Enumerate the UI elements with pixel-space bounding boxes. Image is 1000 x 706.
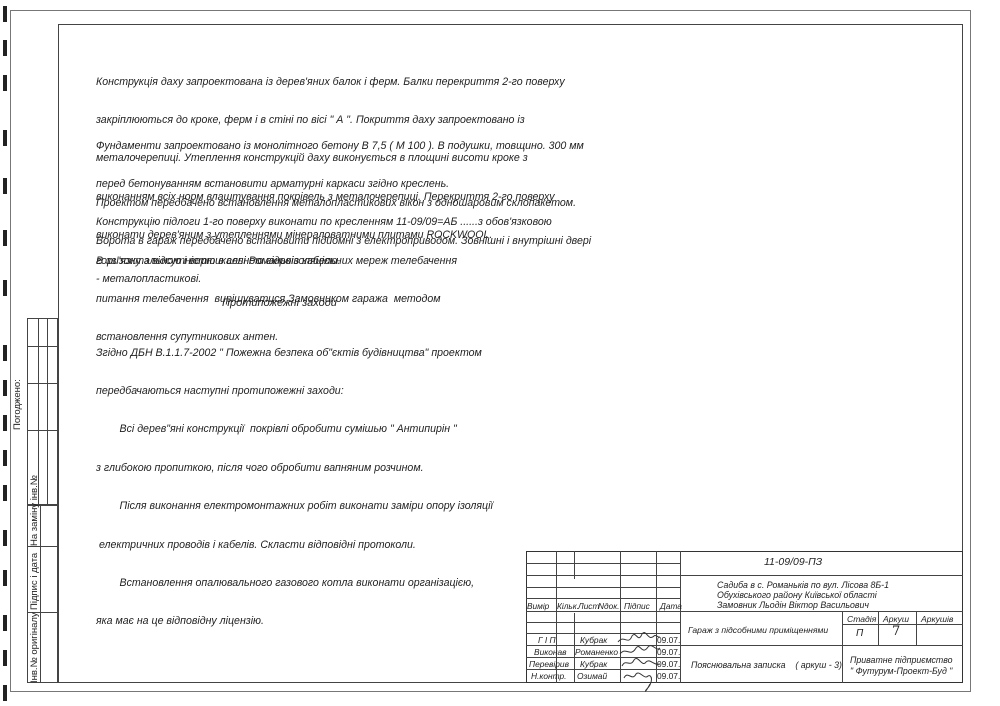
sheet-title: Пояснювальна записка ( аркуш - 3) xyxy=(691,660,842,670)
sheet-value: 7 xyxy=(892,624,900,639)
sheets-header: Аркушів xyxy=(921,614,953,624)
divider xyxy=(526,622,680,623)
binding-mark xyxy=(3,650,7,666)
staff-name: Кубрак xyxy=(580,659,607,669)
replacement-inventory-label: На заміну інв.№ xyxy=(29,475,40,546)
header-doc-number: Nдок. xyxy=(598,601,619,611)
document-code: 11-09/09-ПЗ xyxy=(764,556,822,568)
original-inventory-label: Інв.№ оригіналу xyxy=(29,612,40,683)
text-line: електричних проводів і кабелів. Скласти … xyxy=(96,539,493,552)
binding-mark xyxy=(3,380,7,396)
text-line: з глибокою пропиткою, після чого обробит… xyxy=(96,462,493,475)
binding-mark xyxy=(3,6,7,22)
staff-name: Озимай xyxy=(577,671,607,681)
staff-role: Перевірив xyxy=(529,659,569,669)
signature-date-label: Підпис і дата xyxy=(29,553,40,610)
divider xyxy=(526,575,680,576)
text-line: передбачаються наступні протипожежні зах… xyxy=(96,385,493,398)
binding-mark xyxy=(3,40,7,56)
text-line: Конструкція даху запроектована із дерев'… xyxy=(96,76,565,89)
binding-mark xyxy=(3,415,7,431)
staff-name: Кубрак xyxy=(580,635,607,645)
divider xyxy=(680,611,963,612)
binding-mark xyxy=(3,570,7,586)
divider xyxy=(916,611,917,645)
divider xyxy=(27,430,58,431)
paragraph-fire-measures: Згідно ДБН В.1.1.7-2002 " Пожежна безпек… xyxy=(96,321,493,641)
binding-mark xyxy=(3,230,7,246)
divider xyxy=(680,575,963,576)
divider xyxy=(526,611,680,612)
organization: Приватне підприємство " Футурум-Проект-Б… xyxy=(850,655,953,676)
project-line: Замовник Льодін Віктор Васильович xyxy=(717,600,889,610)
divider xyxy=(842,611,843,683)
binding-mark xyxy=(3,450,7,466)
divider xyxy=(27,546,58,547)
binding-mark xyxy=(3,615,7,631)
text-line: Всі дерев"яні конструкції покрівлі оброб… xyxy=(96,423,493,436)
binding-mark xyxy=(3,130,7,146)
organization-line: " Футурум-Проект-Буд " xyxy=(850,666,953,677)
text-line: Проектом передбачено встановлення метало… xyxy=(96,197,591,210)
divider xyxy=(27,383,58,384)
binding-mark xyxy=(3,685,7,701)
project-description: Садиба в с. Романьків по вул. Лісова 8Б-… xyxy=(717,580,889,610)
binding-mark xyxy=(3,178,7,194)
fire-section-heading: Протипожежні заходи xyxy=(222,297,337,309)
divider xyxy=(40,505,41,683)
header-date: Дата xyxy=(660,601,682,611)
text-line: Згідно ДБН В.1.1.7-2002 " Пожежна безпек… xyxy=(96,347,493,360)
text-line: В зв"язку з відсутністю в селі Романьків… xyxy=(96,255,457,268)
object-name: Гараж з підсобними приміщеннями xyxy=(688,625,828,635)
divider xyxy=(842,624,963,625)
header-sheet: Лист xyxy=(578,601,599,611)
divider xyxy=(526,598,680,599)
divider xyxy=(27,346,58,347)
handwritten-signatures-icon xyxy=(616,628,662,704)
binding-mark xyxy=(3,530,7,546)
divider xyxy=(526,563,680,564)
sheet-header: Аркуш xyxy=(883,614,909,624)
agreed-label: Погоджено: xyxy=(12,379,23,430)
header-change: Вимір xyxy=(527,601,549,611)
project-line: Обухівського району Київської області xyxy=(717,590,889,600)
binding-mark xyxy=(3,280,7,296)
project-line: Садиба в с. Романьків по вул. Лісова 8Б-… xyxy=(717,580,889,590)
text-line: Встановлення опалювального газового котл… xyxy=(96,577,493,590)
stage-header: Стадія xyxy=(847,614,876,624)
staff-name: Романенко xyxy=(575,647,618,657)
staff-role: Г І П xyxy=(538,635,556,645)
header-signature: Підпис xyxy=(624,601,650,611)
divider xyxy=(680,645,963,646)
binding-mark xyxy=(3,345,7,361)
staff-role: Н.контр. xyxy=(531,671,566,681)
divider xyxy=(878,611,879,645)
stage-value: П xyxy=(856,628,863,639)
text-line: Після виконання електромонтажних робіт в… xyxy=(96,500,493,513)
binding-mark xyxy=(3,485,7,501)
text-line: яка має на це відповідну ліцензію. xyxy=(96,615,493,628)
binding-mark xyxy=(3,75,7,91)
text-line: Фундаменти запроектовано із монолітного … xyxy=(96,140,584,153)
organization-line: Приватне підприємство xyxy=(850,655,953,666)
divider xyxy=(526,587,680,588)
staff-role: Виконав xyxy=(534,647,567,657)
header-quantity: Кільк. xyxy=(557,601,579,611)
